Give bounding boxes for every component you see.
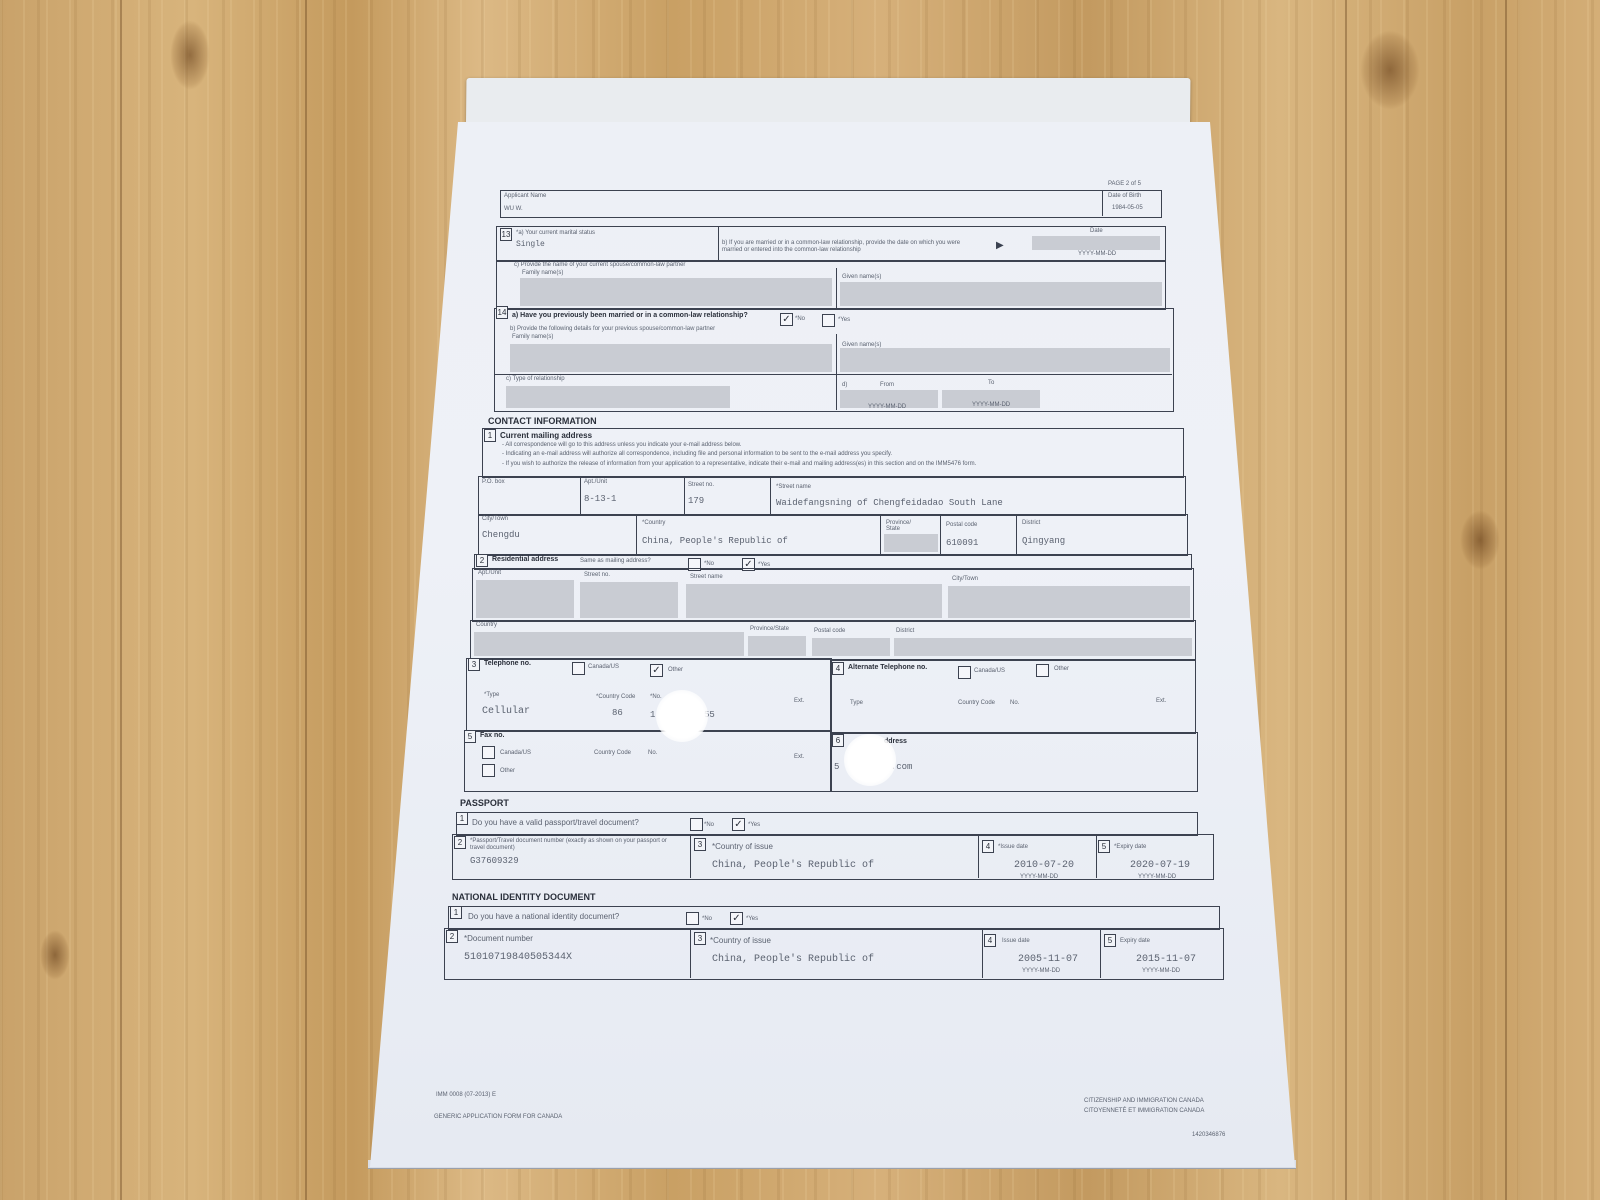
same-address-label: Same as mailing address?	[580, 558, 651, 564]
prev-family-names-label: Family name(s)	[512, 334, 553, 340]
province-label: Province/ State	[886, 520, 922, 532]
spouse-family-name-field[interactable]	[520, 278, 832, 306]
q14a-yes-checkbox[interactable]	[822, 314, 835, 327]
q14a-label: a) Have you previously been married or i…	[512, 312, 748, 319]
prev-given-name-field[interactable]	[840, 348, 1170, 372]
telephone-number: 3	[468, 658, 480, 671]
contact-section-title: CONTACT INFORMATION	[488, 416, 597, 426]
alt-telephone-no-label: No.	[1010, 700, 1019, 706]
divider	[1016, 514, 1017, 554]
to-date-format: YYYY-MM-DD	[972, 402, 1010, 408]
res-postal-label: Postal code	[814, 628, 845, 634]
city-label: City/Town	[482, 516, 508, 522]
divider	[580, 476, 581, 514]
passport-q3-label: *Country of issue	[712, 842, 773, 851]
divider	[718, 226, 719, 260]
fax-number: 5	[464, 730, 476, 743]
district-label: District	[1022, 520, 1040, 526]
national-id-q2-number: 2	[446, 930, 458, 943]
national-id-yes-checkbox[interactable]: ✓	[730, 912, 743, 925]
national-id-no-label: *No	[702, 916, 712, 922]
given-names-label: Given name(s)	[842, 274, 881, 280]
telephone-no-field[interactable]: 1	[650, 710, 655, 720]
passport-q1-label: Do you have a valid passport/travel docu…	[472, 818, 639, 827]
fax-box	[464, 730, 832, 792]
passport-country-field[interactable]: China, People's Republic of	[712, 860, 874, 871]
telephone-box	[466, 658, 832, 732]
city-field[interactable]: Chengdu	[482, 530, 520, 540]
res-province-label: Province/State	[750, 626, 789, 632]
national-id-country-field[interactable]: China, People's Republic of	[712, 954, 874, 965]
alt-telephone-canada-checkbox[interactable]	[958, 666, 971, 679]
dob-label: Date of Birth	[1108, 193, 1141, 199]
email-field[interactable]: 5	[834, 762, 839, 772]
passport-no-checkbox[interactable]	[690, 818, 703, 831]
fax-no-label: No.	[648, 750, 657, 756]
res-apt-label: Apt./Unit	[478, 570, 501, 576]
fax-ext-label: Ext.	[794, 754, 804, 760]
fax-title: Fax no.	[480, 732, 505, 739]
national-id-issue-format: YYYY-MM-DD	[1022, 968, 1060, 974]
mailing-title: Current mailing address	[500, 431, 592, 440]
fax-other-label: Other	[500, 768, 515, 774]
divider	[684, 476, 685, 514]
divider	[494, 374, 1172, 375]
applicant-name: WU W.	[504, 206, 523, 212]
residential-number: 2	[476, 554, 488, 567]
res-apt-field[interactable]	[476, 580, 574, 618]
mailing-note: - Indicating an e-mail address will auth…	[502, 451, 892, 457]
telephone-cc-label: *Country Code	[596, 694, 635, 700]
passport-q4-number: 4	[982, 840, 994, 853]
q14b-label: b) Provide the following details for you…	[510, 326, 715, 332]
q13c-label: c) Provide the name of your current spou…	[514, 262, 685, 268]
redaction-spot	[656, 690, 708, 742]
passport-q2-label: *Passport/Travel document number (exactl…	[470, 838, 680, 852]
national-id-q4-label: Issue date	[1002, 938, 1030, 944]
country-label: *Country	[642, 520, 665, 526]
fax-cc-label: Country Code	[594, 750, 631, 756]
alt-telephone-title: Alternate Telephone no.	[848, 664, 927, 671]
family-names-label: Family name(s)	[522, 270, 563, 276]
spouse-given-name-field[interactable]	[840, 282, 1162, 306]
page-number: PAGE 2 of 5	[1108, 181, 1141, 187]
postal-label: Postal code	[946, 522, 977, 528]
alt-telephone-ext-label: Ext.	[1156, 698, 1166, 704]
q14c-label: c) Type of relationship	[506, 376, 565, 382]
res-country-label: Country	[476, 622, 497, 628]
res-postal-field[interactable]	[812, 638, 890, 656]
passport-yes-checkbox[interactable]: ✓	[732, 818, 745, 831]
passport-section-title: PASSPORT	[460, 798, 509, 808]
date-label: Date	[1090, 228, 1103, 234]
marital-status-field[interactable]: Single	[516, 240, 545, 249]
apt-field[interactable]: 8-13-1	[584, 494, 616, 504]
alt-telephone-box	[830, 660, 1196, 734]
application-form: PAGE 2 of 5 Applicant Name WU W. Date of…	[0, 0, 1600, 1200]
alt-telephone-other-label: Other	[1054, 666, 1069, 672]
province-field[interactable]	[884, 534, 938, 552]
divider	[982, 928, 983, 978]
alt-telephone-type-label: Type	[850, 700, 863, 706]
national-id-q2-label: *Document number	[464, 934, 533, 943]
national-id-no-checkbox[interactable]	[686, 912, 699, 925]
national-id-yes-label: *Yes	[746, 916, 758, 922]
telephone-other-checkbox[interactable]: ✓	[650, 664, 663, 677]
marriage-date-field[interactable]	[1032, 236, 1160, 250]
passport-yes-label: *Yes	[748, 822, 760, 828]
same-address-no-label: *No	[704, 561, 714, 567]
alt-telephone-number: 4	[832, 662, 844, 675]
divider	[690, 928, 691, 978]
q14a-no-label: *No	[795, 316, 805, 322]
q14d-label: d)	[842, 382, 847, 388]
street-name-field[interactable]: Waidefangsning of Chengfeidadao South La…	[776, 498, 1003, 508]
q13-number: 13	[500, 228, 512, 241]
telephone-canada-checkbox[interactable]	[572, 662, 585, 675]
telephone-canada-label: Canada/US	[588, 664, 619, 670]
national-id-q5-number: 5	[1104, 934, 1116, 947]
from-label: From	[880, 382, 894, 388]
relationship-type-field[interactable]	[506, 386, 730, 408]
divider	[836, 334, 837, 410]
telephone-ext-label: Ext.	[794, 698, 804, 704]
dob-value: 1984-05-05	[1112, 205, 1143, 211]
agency-english: CITIZENSHIP AND IMMIGRATION CANADA	[1084, 1098, 1204, 1104]
to-label: To	[988, 380, 994, 386]
passport-q2-number: 2	[454, 836, 466, 849]
res-street-name-field[interactable]	[686, 584, 942, 618]
mailing-note: - All correspondence will go to this add…	[502, 442, 741, 448]
mailing-note: - If you wish to authorize the release o…	[502, 461, 976, 467]
telephone-no-label: *No.	[650, 694, 662, 700]
national-id-q5-label: Expiry date	[1120, 938, 1150, 944]
po-box-label: P.O. box	[482, 479, 505, 485]
apt-label: Apt./Unit	[584, 479, 607, 485]
q14-number: 14	[496, 306, 508, 319]
passport-expiry-format: YYYY-MM-DD	[1138, 874, 1176, 880]
barcode-number: 1420346876	[1192, 1132, 1225, 1138]
passport-number-field[interactable]: G37609329	[470, 856, 519, 866]
national-id-number-field[interactable]: 51010719840505344X	[464, 952, 572, 963]
divider	[880, 514, 881, 554]
res-district-label: District	[896, 628, 914, 634]
divider	[636, 514, 637, 554]
res-city-field[interactable]	[948, 586, 1190, 618]
national-id-q1-label: Do you have a national identity document…	[468, 912, 619, 921]
form-name: GENERIC APPLICATION FORM FOR CANADA	[434, 1114, 562, 1120]
alt-telephone-cc-label: Country Code	[958, 700, 995, 706]
email-number: 6	[832, 734, 844, 747]
national-id-expiry-format: YYYY-MM-DD	[1142, 968, 1180, 974]
passport-q4-label: *Issue date	[998, 844, 1028, 850]
applicant-box	[500, 190, 1162, 218]
form-code: IMM 0008 (07-2013) E	[436, 1092, 496, 1098]
national-id-q4-number: 4	[984, 934, 996, 947]
q14a-yes-label: *Yes	[838, 317, 850, 323]
national-id-q3-label: *Country of issue	[710, 936, 771, 945]
passport-issue-date-field[interactable]: 2010-07-20	[1014, 860, 1074, 871]
applicant-name-label: Applicant Name	[504, 193, 546, 199]
telephone-other-label: Other	[668, 667, 683, 673]
fax-canada-label: Canada/US	[500, 750, 531, 756]
q14a-no-checkbox[interactable]: ✓	[780, 313, 793, 326]
res-district-field[interactable]	[894, 638, 1192, 656]
agency-french: CITOYENNETÉ ET IMMIGRATION CANADA	[1084, 1108, 1204, 1114]
national-id-issue-date-field[interactable]: 2005-11-07	[1018, 954, 1078, 965]
telephone-title: Telephone no.	[484, 660, 531, 667]
mailing-number: 1	[484, 429, 496, 442]
res-street-no-label: Street no.	[584, 572, 610, 578]
passport-q3-number: 3	[694, 838, 706, 851]
national-id-expiry-date-field[interactable]: 2015-11-07	[1136, 954, 1196, 965]
q13a-label: *a) Your current marital status	[516, 230, 595, 236]
passport-no-label: *No	[704, 822, 714, 828]
national-id-q1-number: 1	[450, 906, 462, 919]
date-format: YYYY-MM-DD	[1078, 251, 1116, 257]
divider	[836, 268, 837, 308]
telephone-type-label: *Type	[484, 692, 499, 698]
passport-issue-format: YYYY-MM-DD	[1020, 874, 1058, 880]
q13b-label: b) If you are married or in a common-law…	[722, 240, 977, 254]
national-id-section-title: NATIONAL IDENTITY DOCUMENT	[452, 892, 596, 902]
res-country-field[interactable]	[474, 632, 744, 656]
telephone-cc-field[interactable]: 86	[612, 708, 623, 718]
res-street-no-field[interactable]	[580, 582, 678, 618]
divider	[940, 514, 941, 554]
divider	[770, 476, 771, 514]
district-field[interactable]: Qingyang	[1022, 536, 1065, 546]
redaction-spot	[844, 734, 896, 786]
res-street-name-label: Street name	[690, 574, 723, 580]
street-no-label: Street no.	[688, 482, 714, 488]
passport-q5-number: 5	[1098, 840, 1110, 853]
street-name-label: *Street name	[776, 484, 811, 490]
national-id-q3-number: 3	[694, 932, 706, 945]
res-province-field[interactable]	[748, 636, 806, 656]
telephone-type-field[interactable]: Cellular	[482, 706, 530, 717]
divider	[1102, 190, 1103, 216]
divider	[1096, 834, 1097, 878]
alt-telephone-other-checkbox[interactable]	[1036, 664, 1049, 677]
divider	[1100, 928, 1101, 978]
fax-canada-checkbox[interactable]	[482, 746, 495, 759]
divider	[690, 834, 691, 878]
arrow-right-icon: ▶	[996, 240, 1004, 251]
passport-q1-number: 1	[456, 812, 468, 825]
country-field[interactable]: China, People's Republic of	[642, 536, 788, 546]
fax-other-checkbox[interactable]	[482, 764, 495, 777]
passport-q5-label: *Expiry date	[1114, 844, 1146, 850]
mailing-row-2	[478, 514, 1188, 556]
divider	[978, 834, 979, 878]
prev-family-name-field[interactable]	[510, 344, 832, 372]
res-city-label: City/Town	[952, 576, 978, 582]
alt-telephone-canada-label: Canada/US	[974, 668, 1005, 674]
passport-expiry-date-field[interactable]: 2020-07-19	[1130, 860, 1190, 871]
from-date-format: YYYY-MM-DD	[868, 404, 906, 410]
street-no-field[interactable]: 179	[688, 496, 704, 506]
residential-title: Residential address	[492, 556, 558, 563]
postal-field[interactable]: 610091	[946, 538, 978, 548]
